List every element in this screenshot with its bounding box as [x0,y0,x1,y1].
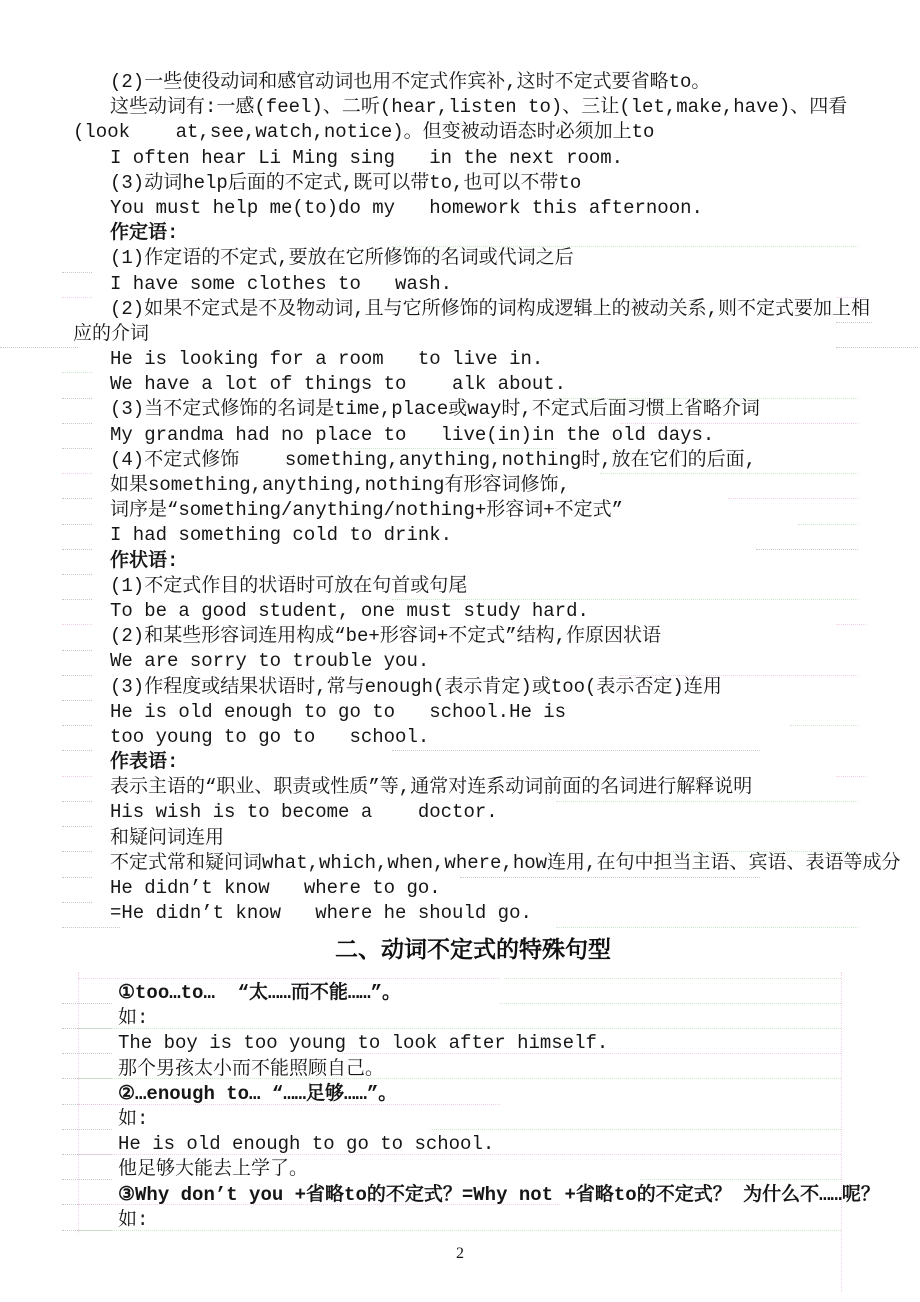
grid-line [504,978,841,979]
text-line: too young to go to school. [73,725,873,750]
text-line: 表示主语的“职业、职责或性质”等,通常对连系动词前面的名词进行解释说明 [73,775,873,800]
grid-line [62,927,120,928]
text-line: 如果something,anything,nothing有形容词修饰, [73,473,873,498]
text-line: I had something cold to drink. [73,523,873,548]
body-text-lower-section: ①too…to… “太……而不能……”。如:The boy is too you… [73,981,873,1233]
text-line: ②…enough to… “……足够……”。 [73,1082,873,1107]
text-line: I have some clothes to wash. [73,272,873,297]
text-line: His wish is to become a doctor. [73,800,873,825]
text-line: To be a good student, one must study har… [73,599,873,624]
body-text-upper-section: (2)一些使役动词和感官动词也用不定式作宾补,这时不定式要省略to。这些动词有:… [73,70,873,926]
text-line: (look at,see,watch,notice)。但变被动语态时必须加上to [73,120,873,145]
section-heading: 二、动词不定式的特殊句型 [73,933,873,965]
text-line: 作表语: [73,750,873,775]
text-line: (1)不定式作目的状语时可放在句首或句尾 [73,574,873,599]
text-line: 他足够大能去上学了。 [73,1157,873,1182]
text-line: (2)和某些形容词连用构成“be+形容词+不定式”结构,作原因状语 [73,624,873,649]
text-line: ③Why don’t you +省略to的不定式？=Why not +省略to的… [73,1183,873,1208]
text-line: 作定语: [73,221,873,246]
text-line: (1)作定语的不定式,要放在它所修饰的名词或代词之后 [73,246,873,271]
text-line: We have a lot of things to alk about. [73,372,873,397]
text-line: 不定式常和疑问词what,which,when,where,how连用,在句中担… [73,851,873,876]
text-line: 作状语: [73,549,873,574]
text-line: (3)动词help后面的不定式,既可以带to,也可以不带to [73,171,873,196]
text-line: He is looking for a room to live in. [73,347,873,372]
text-line: We are sorry to trouble you. [73,649,873,674]
text-line: (4)不定式修饰 something,anything,nothing时,放在它… [73,448,873,473]
text-line: My grandma had no place to live(in)in th… [73,423,873,448]
text-line: 这些动词有:一感(feel)、二听(hear,listen to)、三让(let… [73,95,873,120]
text-line: =He didn’t know where he should go. [73,901,873,926]
text-line: 如: [73,1006,873,1031]
text-line: He is old enough to go to school. [73,1132,873,1157]
text-line: The boy is too young to look after himse… [73,1031,873,1056]
grid-line [556,927,858,928]
text-line: 词序是“something/anything/nothing+形容词+不定式” [73,498,873,523]
grid-line [78,978,500,979]
text-line: 如: [73,1208,873,1233]
text-line: (3)当不定式修饰的名词是time,place或way时,不定式后面习惯上省略介… [73,397,873,422]
text-line: (3)作程度或结果状语时,常与enough(表示肯定)或too(表示否定)连用 [73,675,873,700]
text-line: You must help me(to)do my homework this … [73,196,873,221]
text-line: ①too…to… “太……而不能……”。 [73,981,873,1006]
document-page: (2)一些使役动词和感官动词也用不定式作宾补,这时不定式要省略to。这些动词有:… [0,0,920,1302]
text-line: 如: [73,1107,873,1132]
page-number: 2 [0,1243,920,1265]
text-line: 应的介词 [73,322,873,347]
text-line: I often hear Li Ming sing in the next ro… [73,146,873,171]
text-line: He is old enough to go to school.He is [73,700,873,725]
grid-line [0,347,78,348]
text-line: (2)如果不定式是不及物动词,且与它所修饰的词构成逻辑上的被动关系,则不定式要加… [73,297,873,322]
text-line: He didn’t know where to go. [73,876,873,901]
text-line: (2)一些使役动词和感官动词也用不定式作宾补,这时不定式要省略to。 [73,70,873,95]
text-line: 和疑问词连用 [73,826,873,851]
text-line: 那个男孩太小而不能照顾自己。 [73,1057,873,1082]
